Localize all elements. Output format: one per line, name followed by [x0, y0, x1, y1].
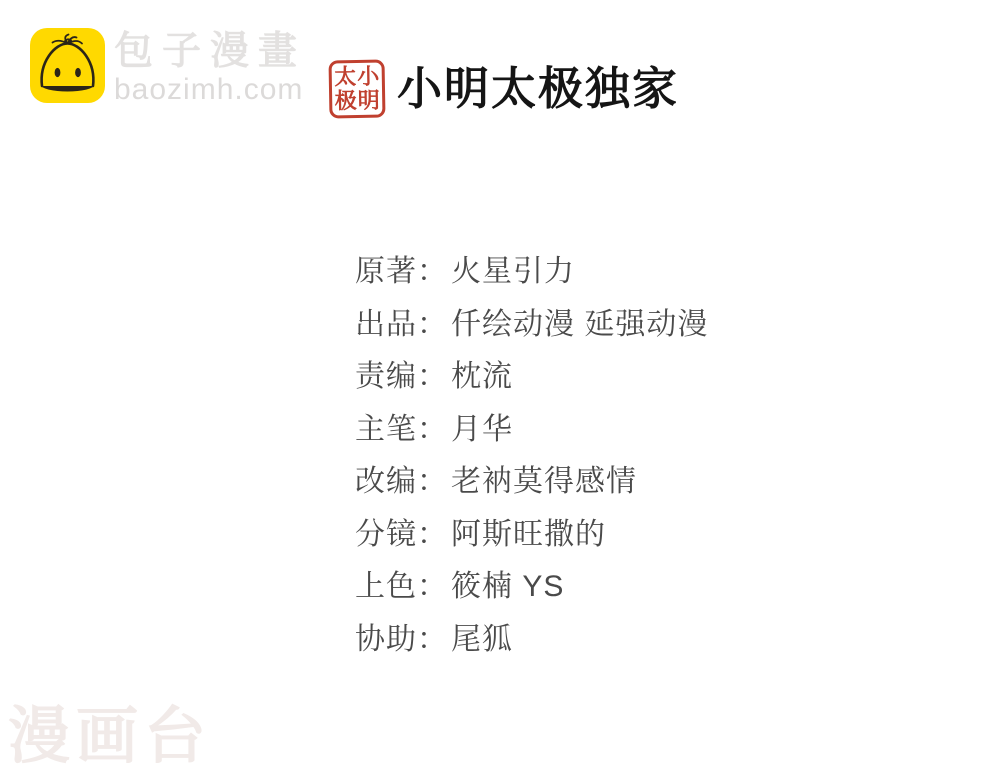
credit-label: 责编： [355, 351, 448, 395]
baozi-logo-icon [30, 28, 105, 103]
credit-value: 尾狐 [451, 614, 513, 658]
credit-label: 出品： [355, 299, 448, 343]
credit-row-storyboard: 分镜： 阿斯旺撒的 [355, 505, 708, 558]
seal-char: 极 [335, 90, 357, 112]
credits-list: 原著： 火星引力 出品： 仟绘动漫 延强动漫 责编： 枕流 主笔： 月华 改编：… [355, 242, 708, 662]
credit-row-lead-artist: 主笔： 月华 [355, 400, 708, 453]
credit-value: 老衲莫得感情 [451, 456, 637, 500]
site-brand[interactable]: 包子漫畫 baozimh.com [30, 28, 306, 106]
credits-page: 包子漫畫 baozimh.com 太 小 极 明 小明太极独家 原著： 火星引力… [0, 0, 1000, 773]
credit-row-coloring: 上色： 筱楠 YS [355, 557, 708, 610]
credit-row-producer: 出品： 仟绘动漫 延强动漫 [355, 295, 708, 348]
credit-row-original-author: 原著： 火星引力 [355, 242, 708, 295]
site-name: 包子漫畫 [114, 30, 306, 74]
seal-char: 太 [334, 66, 356, 88]
credit-row-editor: 责编： 枕流 [355, 347, 708, 400]
seal-char: 小 [357, 66, 379, 88]
credit-value: 筱楠 YS [451, 561, 564, 605]
credit-value: 枕流 [451, 351, 513, 395]
credit-value: 仟绘动漫 延强动漫 [451, 299, 708, 343]
seal-char: 明 [358, 90, 380, 112]
site-domain: baozimh.com [114, 74, 306, 106]
credit-label: 上色： [355, 561, 448, 605]
studio-title: 小明太极独家 [397, 66, 679, 113]
credit-row-assistant: 协助： 尾狐 [355, 610, 708, 663]
credit-row-adaptation: 改编： 老衲莫得感情 [355, 452, 708, 505]
studio-seal-icon: 太 小 极 明 [328, 60, 385, 119]
watermark: 漫画台 [8, 686, 212, 773]
brand-text: 包子漫畫 baozimh.com [114, 28, 306, 106]
studio-banner: 太 小 极 明 小明太极独家 [329, 60, 679, 118]
credit-value: 阿斯旺撒的 [451, 509, 606, 553]
credit-value: 火星引力 [451, 246, 575, 290]
credit-label: 分镜： [355, 509, 448, 553]
credit-label: 协助： [355, 614, 448, 658]
credit-label: 主笔： [355, 404, 448, 448]
credit-label: 改编： [355, 456, 448, 500]
credit-label: 原著： [355, 246, 448, 290]
credit-value: 月华 [451, 404, 513, 448]
